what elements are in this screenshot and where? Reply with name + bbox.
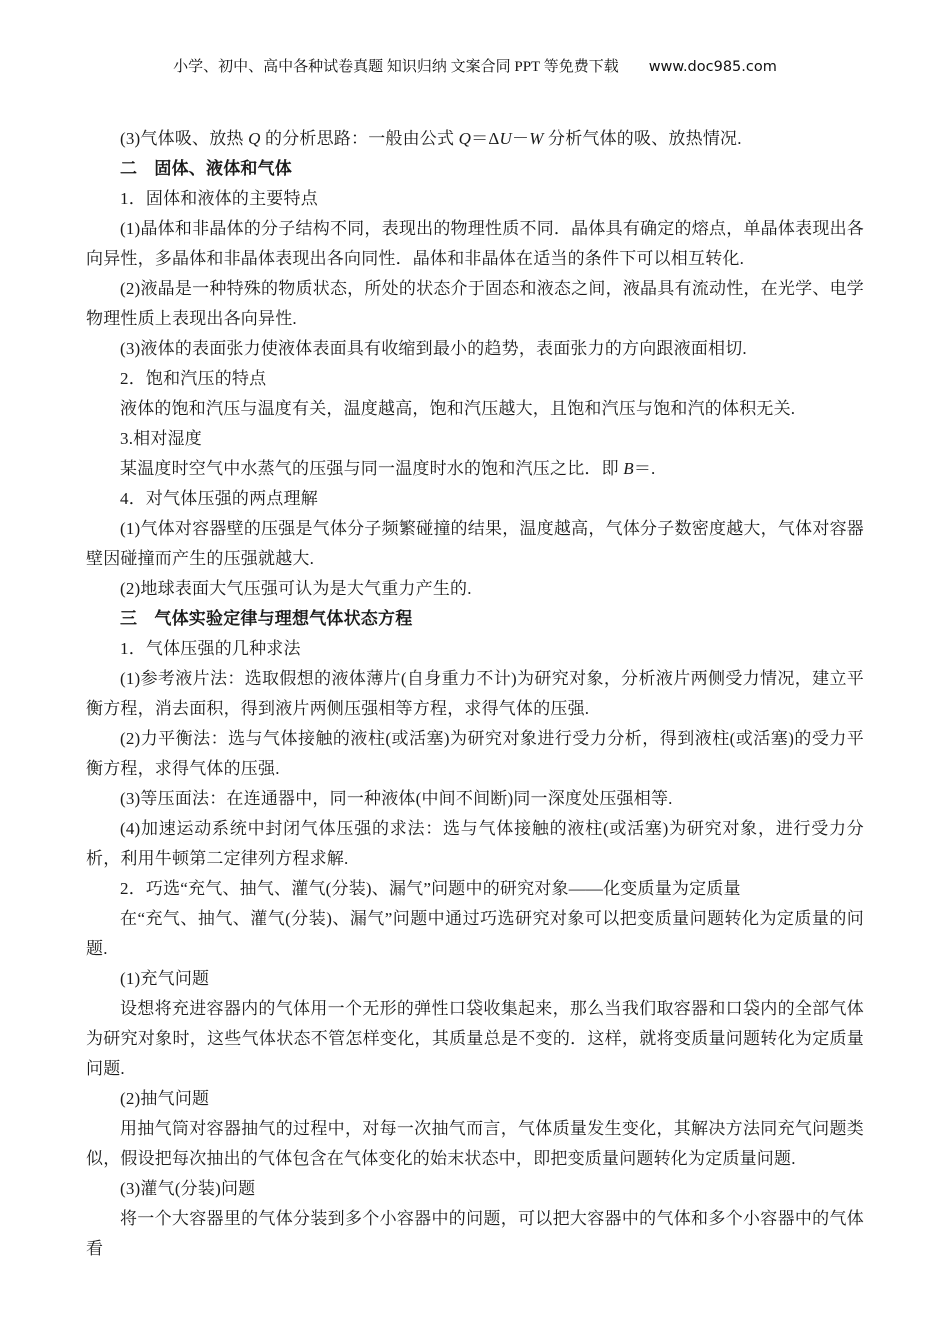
text-run: (3)等压面法：在连通器中，同一种液体(中间不间断)同一深度处压强相等.: [120, 789, 673, 808]
math-variable: W: [529, 129, 543, 148]
paragraph: (2)液晶是一种特殊的物质状态，所处的状态介于固态和液态之间，液晶具有流动性，在…: [86, 274, 864, 334]
paragraph: (2)地球表面大气压强可认为是大气重力产生的.: [86, 574, 864, 604]
text-run: (1)晶体和非晶体的分子结构不同，表现出的物理性质不同．晶体具有确定的熔点，单晶…: [86, 219, 864, 268]
paragraph: 3.相对湿度: [86, 424, 864, 454]
text-run: 分析气体的吸、放热情况.: [544, 129, 742, 148]
text-run: 某温度时空气中水蒸气的压强与同一温度时水的饱和汽压之比．即: [120, 459, 623, 478]
text-run: 3.相对湿度: [120, 429, 202, 448]
paragraph: (1)参考液片法：选取假想的液体薄片(自身重力不计)为研究对象，分析液片两侧受力…: [86, 664, 864, 724]
document-page: 小学、初中、高中各种试卷真题 知识归纳 文案合同 PPT 等免费下载www.do…: [0, 0, 950, 1344]
paragraph: (1)气体对容器壁的压强是气体分子频繁碰撞的结果，温度越高，气体分子数密度越大，…: [86, 514, 864, 574]
text-run: 2．巧选“充气、抽气、灌气(分装)、漏气”问题中的研究对象——化变质量为定质量: [120, 879, 741, 898]
text-run: 用抽气筒对容器抽气的过程中，对每一次抽气而言，气体质量发生变化，其解决方法同充气…: [86, 1119, 864, 1168]
paragraph: (3)液体的表面张力使液体表面具有收缩到最小的趋势，表面张力的方向跟液面相切.: [86, 334, 864, 364]
paragraph: (1)晶体和非晶体的分子结构不同，表现出的物理性质不同．晶体具有确定的熔点，单晶…: [86, 214, 864, 274]
text-run: (3)气体吸、放热: [120, 129, 248, 148]
paragraph: 2．巧选“充气、抽气、灌气(分装)、漏气”问题中的研究对象——化变质量为定质量: [86, 874, 864, 904]
text-run: (4)加速运动系统中封闭气体压强的求法：选与气体接触的液柱(或活塞)为研究对象，…: [86, 819, 864, 868]
paragraph: 某温度时空气中水蒸气的压强与同一温度时水的饱和汽压之比．即 B＝.: [86, 454, 864, 484]
paragraph: (3)灌气(分装)问题: [86, 1174, 864, 1204]
text-run: 2．饱和汽压的特点: [120, 369, 266, 388]
text-run: (2)地球表面大气压强可认为是大气重力产生的.: [120, 579, 472, 598]
text-run: (2)液晶是一种特殊的物质状态，所处的状态介于固态和液态之间，液晶具有流动性，在…: [86, 279, 864, 328]
text-run: 1．固体和液体的主要特点: [120, 189, 318, 208]
paragraph: (3)等压面法：在连通器中，同一种液体(中间不间断)同一深度处压强相等.: [86, 784, 864, 814]
text-run: 设想将充进容器内的气体用一个无形的弹性口袋收集起来，那么当我们取容器和口袋内的全…: [86, 999, 864, 1078]
text-run: (1)充气问题: [120, 969, 209, 988]
text-run: 液体的饱和汽压与温度有关，温度越高，饱和汽压越大，且饱和汽压与饱和汽的体积无关.: [120, 399, 795, 418]
text-run: (3)液体的表面张力使液体表面具有收缩到最小的趋势，表面张力的方向跟液面相切.: [120, 339, 747, 358]
header-text: 小学、初中、高中各种试卷真题 知识归纳 文案合同 PPT 等免费下载: [173, 59, 619, 75]
text-run: 将一个大容器里的气体分装到多个小容器中的问题，可以把大容器中的气体和多个小容器中…: [86, 1209, 864, 1258]
math-variable: U: [500, 129, 512, 148]
paragraph: (3)气体吸、放热 Q 的分析思路：一般由公式 Q＝ΔU－W 分析气体的吸、放热…: [86, 124, 864, 154]
text-run: 4．对气体压强的两点理解: [120, 489, 318, 508]
text-run: 的分析思路：一般由公式: [261, 129, 459, 148]
header-url: www.doc985.com: [649, 59, 777, 75]
text-run: ＝Δ: [471, 129, 499, 148]
paragraph: (4)加速运动系统中封闭气体压强的求法：选与气体接触的液柱(或活塞)为研究对象，…: [86, 814, 864, 874]
text-run: 1．气体压强的几种求法: [120, 639, 301, 658]
text-run: (3)灌气(分装)问题: [120, 1179, 255, 1198]
paragraph: 设想将充进容器内的气体用一个无形的弹性口袋收集起来，那么当我们取容器和口袋内的全…: [86, 994, 864, 1084]
text-run: ＝.: [634, 459, 656, 478]
text-run: 三 气体实验定律与理想气体状态方程: [120, 609, 412, 628]
text-run: 在“充气、抽气、灌气(分装)、漏气”问题中通过巧选研究对象可以把变质量问题转化为…: [86, 909, 864, 958]
paragraph: 2．饱和汽压的特点: [86, 364, 864, 394]
paragraph: (2)抽气问题: [86, 1084, 864, 1114]
text-run: 二 固体、液体和气体: [120, 159, 292, 178]
paragraph: 1．固体和液体的主要特点: [86, 184, 864, 214]
math-variable: Q: [248, 129, 260, 148]
paragraph: 在“充气、抽气、灌气(分装)、漏气”问题中通过巧选研究对象可以把变质量问题转化为…: [86, 904, 864, 964]
section-heading: 三 气体实验定律与理想气体状态方程: [86, 604, 864, 634]
paragraph: 用抽气筒对容器抽气的过程中，对每一次抽气而言，气体质量发生变化，其解决方法同充气…: [86, 1114, 864, 1174]
section-heading: 二 固体、液体和气体: [86, 154, 864, 184]
paragraph: 将一个大容器里的气体分装到多个小容器中的问题，可以把大容器中的气体和多个小容器中…: [86, 1204, 864, 1264]
math-variable: B: [623, 459, 634, 478]
document-body: (3)气体吸、放热 Q 的分析思路：一般由公式 Q＝ΔU－W 分析气体的吸、放热…: [86, 124, 864, 1264]
paragraph: 4．对气体压强的两点理解: [86, 484, 864, 514]
text-run: －: [512, 129, 529, 148]
math-variable: Q: [459, 129, 471, 148]
text-run: (1)参考液片法：选取假想的液体薄片(自身重力不计)为研究对象，分析液片两侧受力…: [86, 669, 864, 718]
paragraph: 液体的饱和汽压与温度有关，温度越高，饱和汽压越大，且饱和汽压与饱和汽的体积无关.: [86, 394, 864, 424]
text-run: (2)抽气问题: [120, 1089, 209, 1108]
paragraph: (1)充气问题: [86, 964, 864, 994]
text-run: (2)力平衡法：选与气体接触的液柱(或活塞)为研究对象进行受力分析，得到液柱(或…: [86, 729, 864, 778]
text-run: (1)气体对容器壁的压强是气体分子频繁碰撞的结果，温度越高，气体分子数密度越大，…: [86, 519, 864, 568]
paragraph: (2)力平衡法：选与气体接触的液柱(或活塞)为研究对象进行受力分析，得到液柱(或…: [86, 724, 864, 784]
page-header: 小学、初中、高中各种试卷真题 知识归纳 文案合同 PPT 等免费下载www.do…: [0, 55, 950, 76]
paragraph: 1．气体压强的几种求法: [86, 634, 864, 664]
